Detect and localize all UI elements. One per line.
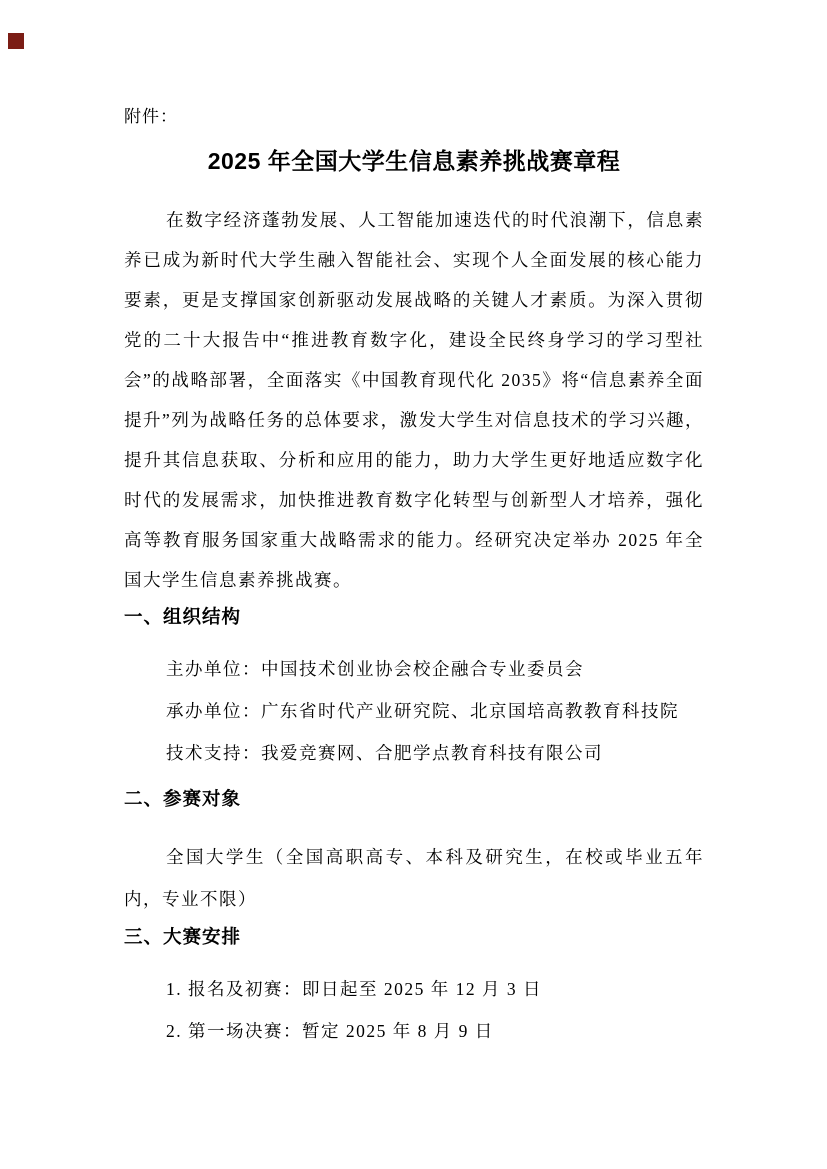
section-heading-schedule: 三、大赛安排: [124, 922, 704, 952]
co-organizer-line: 承办单位：广东省时代产业研究院、北京国培高教教育科技院: [124, 690, 704, 732]
schedule-item-registration: 1. 报名及初赛：即日起至 2025 年 12 月 3 日: [124, 968, 704, 1010]
section-heading-organization: 一、组织结构: [124, 602, 704, 632]
attachment-label: 附件：: [124, 104, 704, 130]
document-page: 附件： 2025 年全国大学生信息素养挑战赛章程 在数字经济蓬勃发展、人工智能加…: [0, 0, 827, 1169]
intro-paragraph: 在数字经济蓬勃发展、人工智能加速迭代的时代浪潮下，信息素养已成为新时代大学生融入…: [124, 200, 704, 600]
participants-paragraph: 全国大学生（全国高职高专、本科及研究生，在校或毕业五年内，专业不限）: [124, 836, 704, 920]
schedule-lines: 1. 报名及初赛：即日起至 2025 年 12 月 3 日 2. 第一场决赛：暂…: [124, 968, 704, 1052]
document-title: 2025 年全国大学生信息素养挑战赛章程: [124, 144, 704, 178]
tech-support-line: 技术支持：我爱竞赛网、合肥学点教育科技有限公司: [124, 732, 704, 774]
red-corner-mark: [8, 33, 24, 49]
organizer-line: 主办单位：中国技术创业协会校企融合专业委员会: [124, 648, 704, 690]
section-heading-participants: 二、参赛对象: [124, 784, 704, 814]
organization-lines: 主办单位：中国技术创业协会校企融合专业委员会 承办单位：广东省时代产业研究院、北…: [124, 648, 704, 774]
document-content: 附件： 2025 年全国大学生信息素养挑战赛章程 在数字经济蓬勃发展、人工智能加…: [124, 0, 704, 1052]
schedule-item-final: 2. 第一场决赛：暂定 2025 年 8 月 9 日: [124, 1010, 704, 1052]
